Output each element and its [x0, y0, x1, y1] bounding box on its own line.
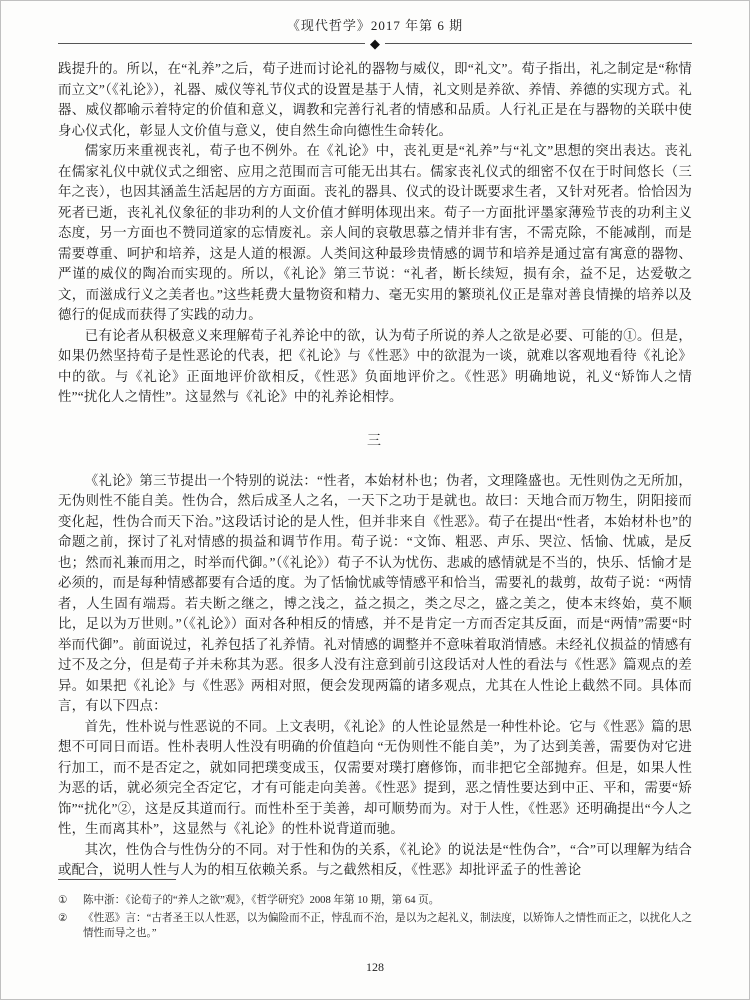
journal-issue-title: 《现代哲学》2017 年第 6 期 [58, 1, 692, 34]
paragraph: 践提升的。所以，在“礼养”之后，荀子进而讨论礼的器物与威仪，即“礼文”。荀子指出… [58, 59, 692, 141]
paragraph: 已有论者从积极意义来理解荀子礼养论中的欲，认为荀子所说的养人之欲是必要、可能的①… [58, 326, 692, 408]
paragraph: 儒家历来重视丧礼，荀子也不例外。在《礼论》中，丧礼更是“礼养”与“礼文”思想的突… [58, 141, 692, 326]
paragraph: 首先，性朴说与性恶说的不同。上文表明，《礼论》的人性论显然是一种性朴论。它与《性… [58, 717, 692, 840]
footnote-2-marker: ② [58, 911, 68, 927]
paragraph: 其次，性伪合与性伪分的不同。对于性和伪的关系，《礼论》的说法是“性伪合”，“合”… [58, 840, 692, 881]
footnote-1-text: 陈中浙：《论荀子的“养人之欲”观》，《哲学研究》2008 年第 10 期，第 6… [83, 895, 439, 906]
paragraph: 《礼论》第三节提出一个特别的说法：“性者，本始材朴也；伪者，文理隆盛也。无性则伪… [58, 471, 692, 717]
footnote-1: ① 陈中浙：《论荀子的“养人之欲”观》，《哲学研究》2008 年第 10 期，第… [58, 893, 692, 909]
footnotes-section: ① 陈中浙：《论荀子的“养人之欲”观》，《哲学研究》2008 年第 10 期，第… [58, 879, 692, 944]
page-number: 128 [1, 960, 749, 975]
header-rule: ◆ [58, 43, 692, 44]
page-header: 《现代哲学》2017 年第 6 期 ◆ [58, 1, 692, 44]
footnote-1-marker: ① [58, 893, 68, 909]
article-body: 践提升的。所以，在“礼养”之后，荀子进而讨论礼的器物与威仪，即“礼文”。荀子指出… [58, 59, 692, 881]
journal-page: 《现代哲学》2017 年第 6 期 ◆ 践提升的。所以，在“礼养”之后，荀子进而… [0, 0, 750, 1000]
diamond-ornament-icon: ◆ [365, 36, 385, 52]
footnote-2-text: 《性恶》言：“古者圣王以人性恶，以为偏险而不正，悖乱而不治，是以为之起礼义，制法… [83, 913, 692, 940]
section-heading: 三 [58, 432, 692, 452]
footnote-divider [58, 879, 176, 880]
footnote-2: ② 《性恶》言：“古者圣王以人性恶，以为偏险而不正，悖乱而不治，是以为之起礼义，… [58, 911, 692, 942]
